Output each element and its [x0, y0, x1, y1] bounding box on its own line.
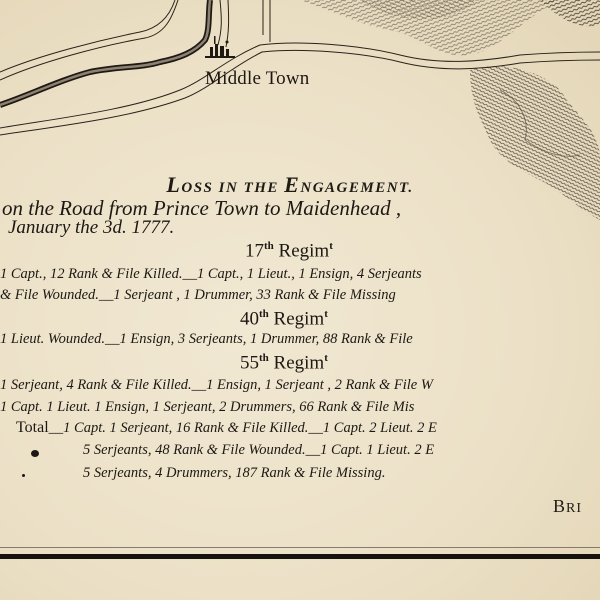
cutoff-rest: RI [566, 501, 582, 516]
total-killed: __1 Capt. 1 Serjeant, 16 Rank & File Kil… [49, 420, 437, 436]
regiment-number: 17 [245, 240, 264, 261]
subtitle-date: January the 3d. 1777. [8, 217, 174, 239]
regiment-suffix: th [259, 352, 269, 364]
regiment-number: 55 [240, 352, 259, 373]
regiment-label-suffix: t [324, 352, 328, 364]
regiment-suffix: th [259, 308, 269, 320]
regiment-label-suffix: t [329, 240, 333, 252]
title-initial-e: E [284, 172, 300, 197]
total-line-3: 5 Serjeants, 4 Drummers, 187 Rank & File… [83, 465, 385, 482]
regiment-55-heading: 55th Regimt [240, 352, 328, 374]
title-initial-l: L [166, 172, 181, 197]
regiment-40-heading: 40th Regimt [240, 308, 328, 330]
regiment-40-line-1: 1 Lieut. Wounded.__1 Ensign, 3 Serjeants… [0, 331, 413, 348]
regiment-label: Regim [269, 308, 324, 329]
regiment-55-line-1: 1 Serjeant, 4 Rank & File Killed.__1 Ens… [0, 377, 433, 394]
regiment-17-heading: 17th Regimt [245, 240, 333, 262]
town-symbol-icon [205, 36, 235, 58]
regiment-suffix: th [264, 240, 274, 252]
regiment-17-line-2: & File Wounded.__1 Serjeant , 1 Drummer,… [0, 287, 396, 304]
ink-spot-icon [31, 450, 39, 457]
regiment-label-suffix: t [324, 308, 328, 320]
total-label: Total [16, 419, 49, 436]
regiment-55-line-2: 1 Capt. 1 Lieut. 1 Ensign, 1 Serjeant, 2… [0, 399, 414, 416]
regiment-number: 40 [240, 308, 259, 329]
total-line-2: 5 Serjeants, 48 Rank & File Wounded.__1 … [83, 442, 434, 459]
title-ngagement: NGAGEMENT. [300, 180, 413, 196]
regiment-17-line-1: 1 Capt., 12 Rank & File Killed.__1 Capt.… [0, 266, 422, 283]
place-label-middle-town: Middle Town [205, 68, 310, 90]
river [0, 0, 210, 105]
border-rule-thin [0, 547, 600, 548]
cutoff-initial: B [553, 496, 566, 516]
loss-title: LOSS IN THE ENGAGEMENT. [80, 172, 500, 198]
title-in-the: IN THE [213, 180, 284, 196]
ink-spot-icon [22, 474, 25, 477]
regiment-label: Regim [274, 240, 329, 261]
title-oss: OSS [181, 180, 213, 196]
regiment-label: Regim [269, 352, 324, 373]
border-rule-thick [0, 554, 600, 559]
cutoff-label: BRI [553, 496, 582, 517]
total-line-1: Total__1 Capt. 1 Serjeant, 16 Rank & Fil… [16, 419, 437, 437]
